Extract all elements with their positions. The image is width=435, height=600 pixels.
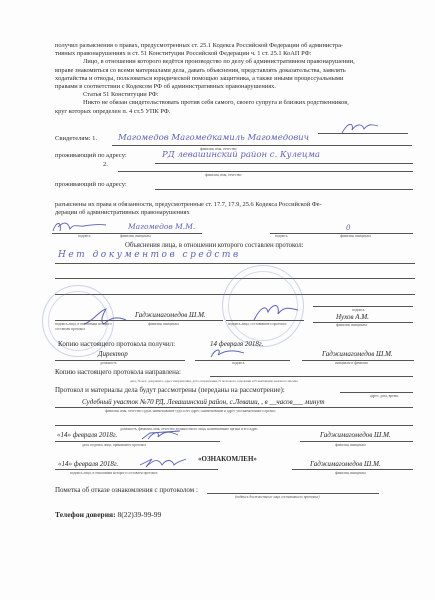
copy-sent-caption: дата, № исх. документа, адрес направлени…	[130, 379, 298, 383]
position-line	[55, 360, 185, 361]
signature-line	[318, 133, 408, 134]
review-name: Гаджимагомедов Ш.М.	[320, 431, 391, 439]
copy-received-position: Директор	[98, 350, 128, 358]
rights-line: дерации об административных правонарушен…	[55, 209, 322, 217]
review-label: Протокол и материалы дела будут рассмотр…	[55, 386, 285, 394]
witness2-name-caption: фамилия, имя, отчество	[205, 173, 241, 177]
signature-icon	[208, 345, 248, 361]
acquainted-name-caption: фамилия, инициалы	[335, 471, 366, 475]
name-caption: фамилия, инициалы	[120, 234, 151, 238]
intro-line: Никто не обязан свидетельствовать против…	[55, 99, 355, 107]
hotline: Телефон доверия: 8(22)39-99-99	[55, 510, 161, 519]
witness1-name[interactable]: Магомедов Магомедкамиль Магомедович	[118, 133, 309, 143]
address-label-2: проживающий по адресу:	[55, 181, 127, 188]
review-date-line	[55, 441, 220, 442]
intro-line: вправе знакомиться со всеми материалами …	[55, 67, 355, 75]
review-place: Судебный участок №70 РД, Левашинский рай…	[82, 398, 325, 406]
review-official-line	[55, 425, 413, 426]
copy-sent-label: Копию настоящего протокола направлена:	[55, 368, 181, 376]
acquainted-date: «14» февраля 2018г.	[58, 460, 118, 468]
hotline-number: 8(22)39-99-99	[117, 510, 161, 519]
name-caption: фамилия, инициалы	[340, 234, 371, 238]
hotline-label: Телефон доверия:	[55, 510, 116, 519]
witness1-address[interactable]: РД левашинский район с. Кулецма	[162, 150, 320, 160]
review-court-caption: фамилия, имя, отчество судьи, наименован…	[105, 409, 276, 413]
acquainted-sign-caption: подпись лица, в отношении которого соста…	[70, 471, 157, 475]
explanation-title: Объяснения лица, в отношении которого со…	[125, 242, 304, 249]
offender-name: Гаджимагомедов Ш.М.	[135, 311, 206, 319]
review-date-caption: дата, подпись лица, принявшего протокол	[82, 443, 146, 447]
refusal-line	[207, 493, 379, 494]
copy-sent-line	[210, 376, 413, 377]
review-name-line	[300, 441, 413, 442]
acquainted-name-line	[292, 469, 413, 470]
officer-signature-caption: подпись лица, составившего протокол	[228, 322, 292, 327]
officer-sig-top-line	[313, 306, 413, 307]
acquainted-name: Гаджимагомедов Ш.М.	[310, 460, 381, 468]
review-line	[340, 392, 413, 393]
explanation-line-1	[55, 263, 415, 264]
refusal-label: Пометка об отказе ознакомления с протоко…	[55, 486, 198, 494]
officer-sig-caption: подпись	[352, 308, 365, 312]
intro-line: круг которых определен п. 4 ст.5 УПК РФ.	[55, 108, 355, 116]
offender-signature-caption: подпись лица, в отношении которого соста…	[55, 322, 120, 331]
intro-line: правами в соответствии с Кодексом РФ об …	[55, 83, 355, 91]
signature-caption: подпись	[275, 234, 288, 238]
witness2-address-line	[155, 189, 413, 190]
witness2-short-name: 0	[346, 224, 350, 232]
witness2-name-line	[118, 171, 413, 172]
witness1-address-line	[155, 163, 413, 164]
copy-sign-caption: подпись	[232, 361, 245, 365]
refusal-caption: (подпись должностного лица составившего …	[235, 495, 320, 499]
officer-sign-line	[226, 320, 304, 321]
signature-caption: подпись	[78, 234, 91, 238]
intro-line: ходатайства и отводы, пользоваться юриди…	[55, 75, 355, 83]
offender-name-caption: фамилия, инициалы	[148, 322, 179, 326]
review-place-line	[55, 407, 413, 408]
acquainted-title: «ОЗНАКОМЛЕН»	[198, 455, 257, 463]
intro-paragraph: получил разъяснения о правах, предусмотр…	[55, 42, 355, 116]
witness1-short-name: Магомедов М.М.	[128, 222, 195, 231]
witness1-name-line	[112, 145, 412, 146]
copy-received-label: Копию настоящего протокола получил:	[58, 340, 175, 348]
intro-line: тивных правонарушениях и ст. 51 Конститу…	[55, 50, 355, 58]
rights-line: разъяснены их права и обязанности, преду…	[55, 201, 322, 209]
review-date: «14» февраля 2018г.	[57, 431, 117, 439]
review-name-caption: фамилия, инициалы	[335, 443, 366, 447]
witness2-number: 2.	[103, 161, 108, 168]
copy-received-name: Гаджимагомедов Ш.М.	[322, 350, 393, 358]
intro-line: Лицо, в отношении которого ведётся произ…	[55, 58, 355, 66]
explanation-text[interactable]: Нет документов средств	[58, 250, 241, 260]
intro-line: получил разъяснения о правах, предусмотр…	[55, 42, 355, 50]
officer-name: Нухов А.М.	[336, 313, 369, 321]
position-caption: должность	[100, 361, 116, 365]
intro-line: Статья 51 Конституции РФ:	[55, 91, 355, 99]
address-label-1: проживающий по адресу:	[55, 152, 127, 159]
witnesses-label: Свидетелям: 1.	[55, 135, 97, 142]
officer-name-caption: фамилия, инициалы	[336, 323, 367, 327]
offender-sign-line	[55, 320, 223, 321]
rights-text: разъяснены их права и обязанности, преду…	[55, 201, 322, 217]
copy-name-caption: инициалы и фамилия	[335, 361, 368, 365]
review-caption-right: адрес, дата, время,	[370, 394, 399, 398]
acquainted-sign-line	[55, 469, 218, 470]
